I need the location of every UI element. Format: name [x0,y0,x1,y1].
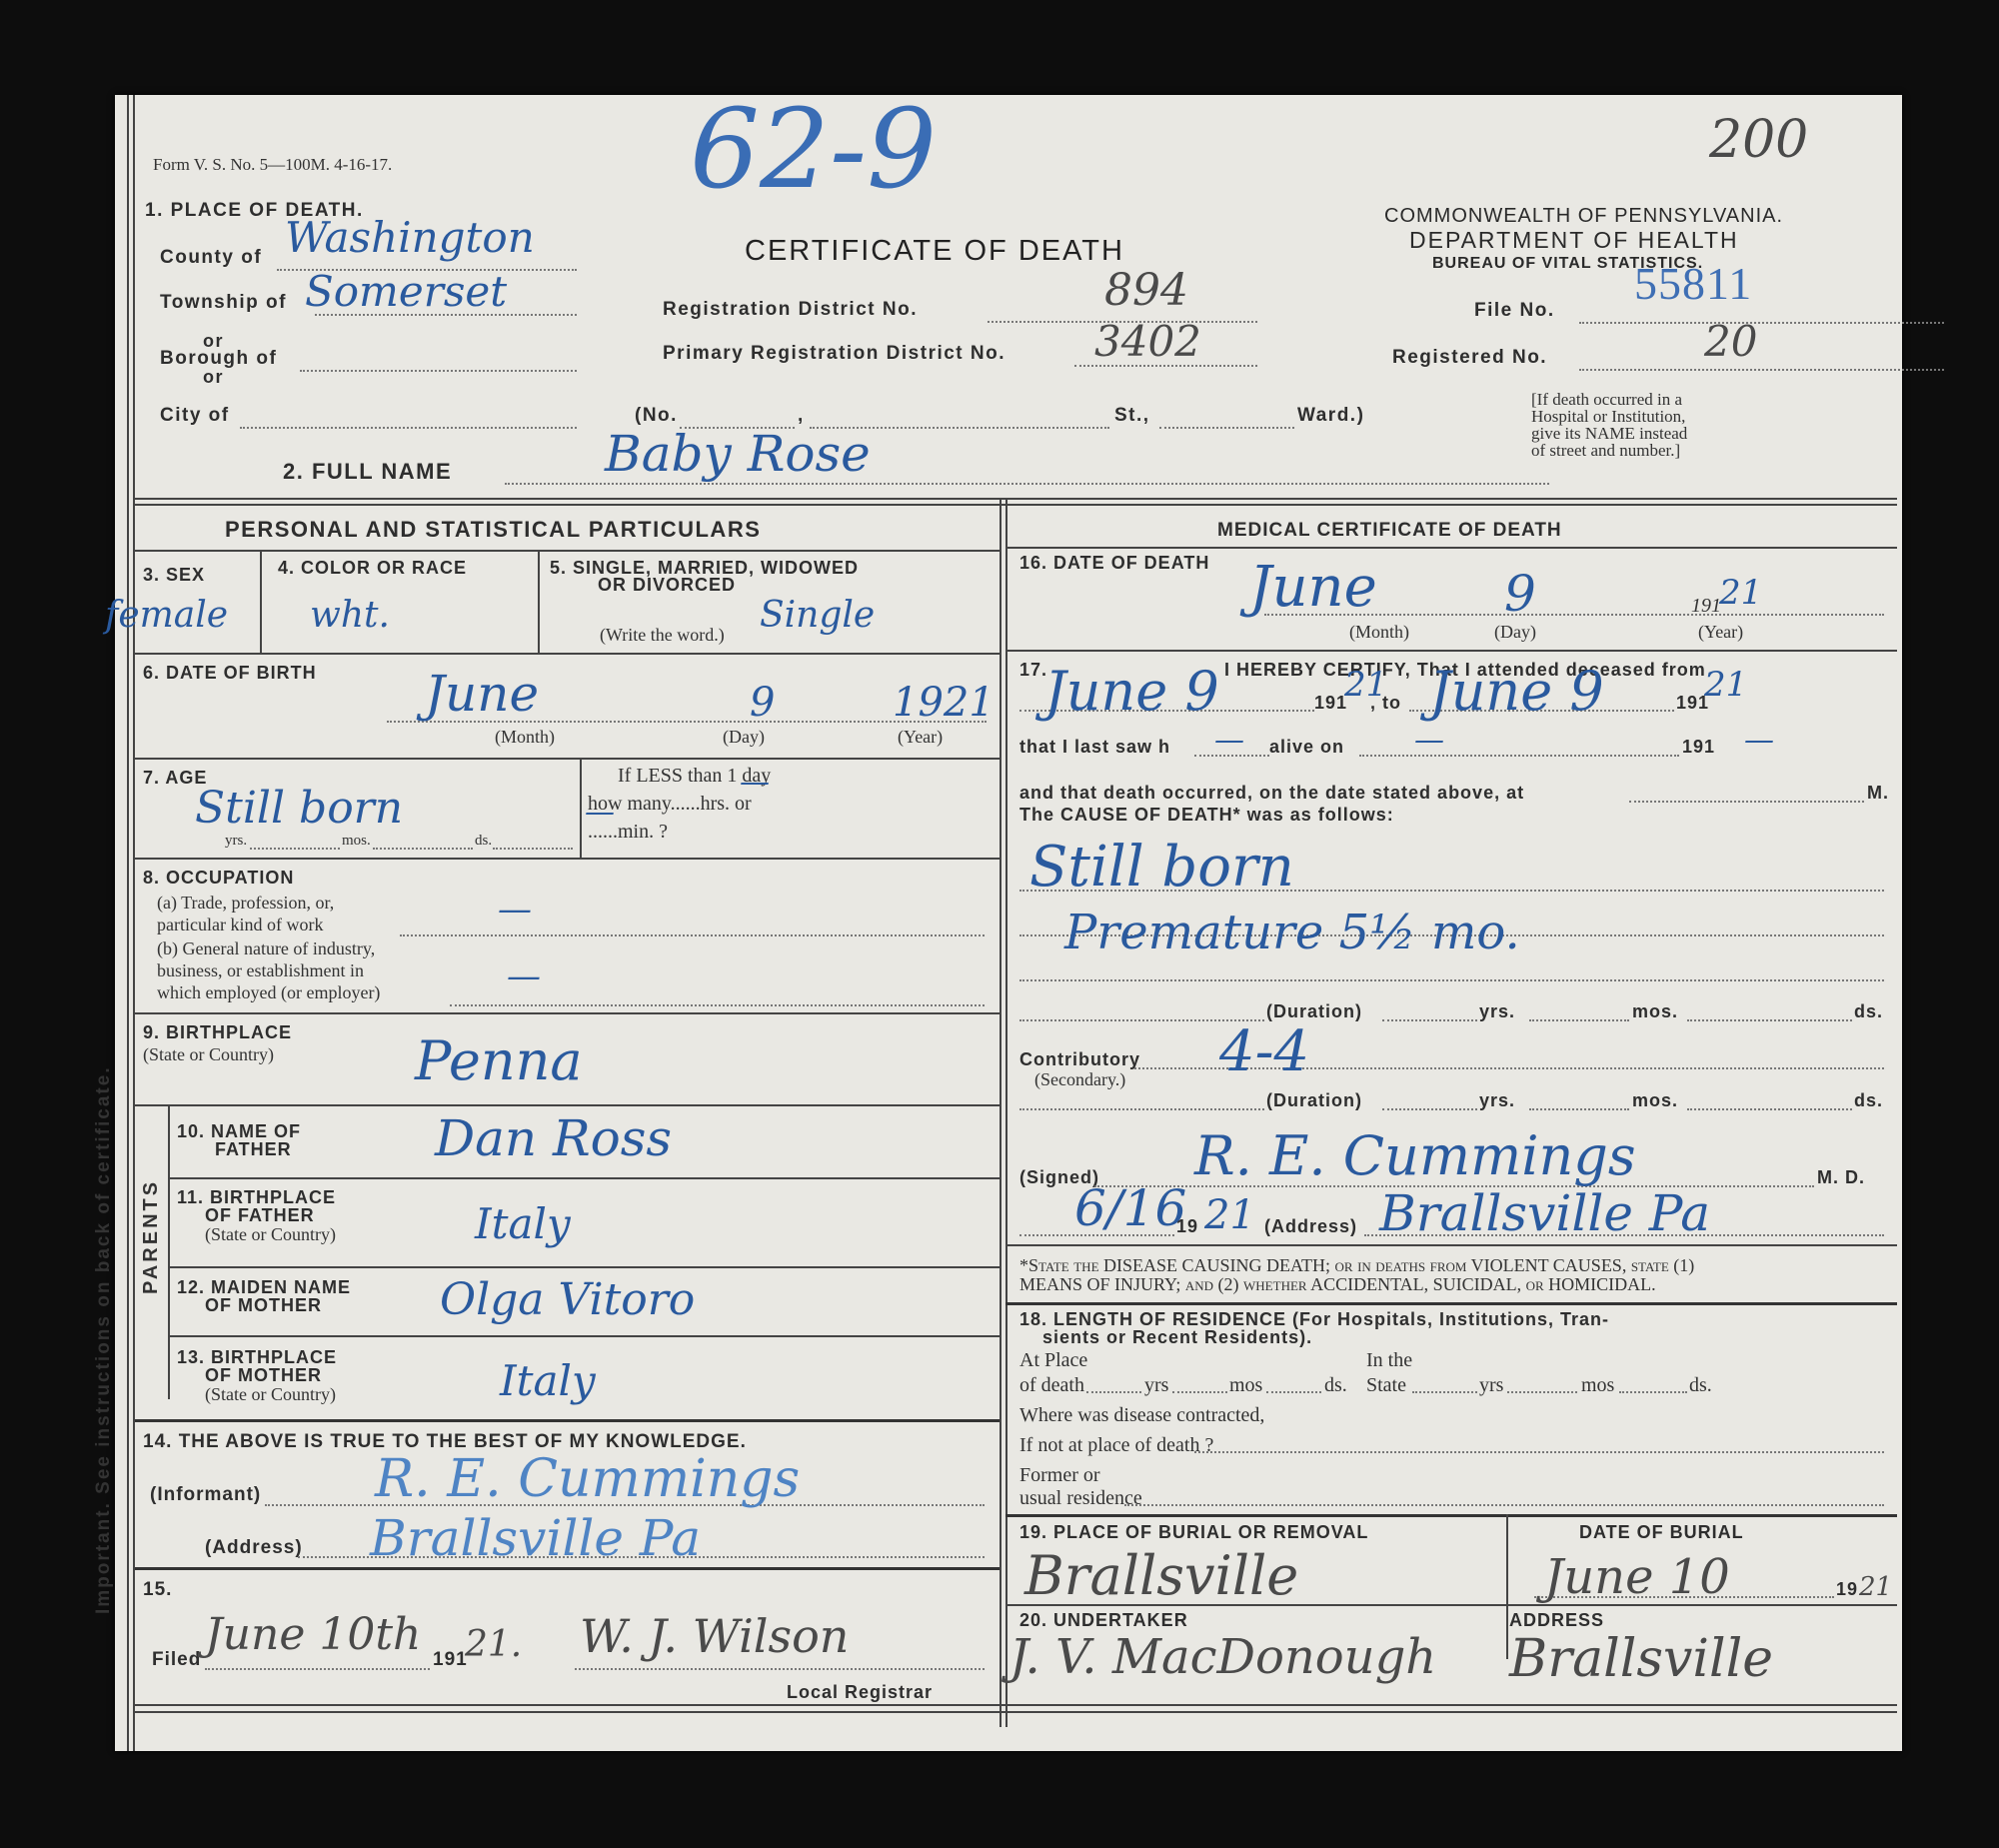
occupation-a-text: (a) Trade, profession, or, particular ki… [157,892,334,935]
md-label: M. D. [1817,1167,1865,1188]
day-caption: (Day) [1494,622,1536,643]
dob-day-value: 9 [750,680,775,726]
date-of-death-label: 16. DATE OF DEATH [1019,553,1209,574]
cell-divider [538,550,540,653]
state-days-line [1619,1391,1687,1393]
in-state-label: In the [1366,1349,1412,1372]
duration-line [1019,1108,1264,1110]
occupation-a-value: — [498,890,532,929]
sex-label: 3. SEX [143,565,205,586]
age-years-line [250,848,340,850]
contributory-value: 4-4 [1219,1019,1309,1084]
dob-month-value: June [425,665,539,723]
occupation-b-line: which employed (or employer) [157,981,380,1003]
death-occurred-text: and that death occurred, on the date sta… [1019,783,1524,804]
filed-label: Filed [152,1649,201,1671]
attended-to-value: June 9 [1429,660,1604,723]
age-months-caption: mos. [342,833,371,850]
less-hours-value: — [740,765,770,800]
contracted-label: Where was disease contracted, [1019,1404,1264,1427]
former-residence-line [1124,1504,1884,1506]
margin-instruction-note: Important. See instructions on back of c… [93,1065,115,1614]
row-divider [135,1567,999,1570]
row-divider [1005,1514,1897,1517]
margin-rule [127,95,129,1751]
registrar-signature: W. J. Wilson [580,1609,849,1663]
full-name-label: 2. FULL NAME [283,459,452,485]
father-name-label: FATHER [215,1139,292,1160]
informant-address-value: Brallsville Pa [370,1509,701,1567]
township-label: Township of [160,292,287,314]
contributory-label: Contributory [1019,1049,1140,1070]
filed-year-value: 21. [465,1624,522,1665]
marital-status-label: OR DIVORCED [598,575,736,596]
cause-line [1019,979,1884,981]
from-year-prefix: 191 [1314,693,1347,714]
hospital-note-line: of street and number.] [1531,442,1687,459]
father-birthplace-label: OF FATHER [205,1205,315,1226]
duration-days-label: ds. [1854,1001,1883,1022]
age-years-caption: yrs. [225,833,247,850]
margin-rule [133,95,135,1751]
race-label: 4. COLOR OR RACE [278,558,467,579]
borough-field-line [300,370,577,372]
mother-birthplace-sub: (State or Country) [205,1384,336,1405]
row-divider [135,1104,999,1106]
age-value: Still born [195,783,403,834]
marital-hint: (Write the word.) [600,625,725,646]
birthplace-label: 9. BIRTHPLACE [143,1022,292,1043]
signed-date-value: 6/16 [1074,1179,1186,1237]
to-year-value: 21 [1704,665,1747,705]
state-days-label: ds. [1689,1374,1712,1397]
occupation-b-value: — [507,956,541,996]
county-value: Washington [285,213,535,262]
date-of-death-month: June [1249,555,1377,620]
duration-months-line [1529,1108,1629,1110]
row-divider [135,1012,999,1014]
cell-divider [1506,1514,1508,1659]
physician-signature: R. E. Cummings [1194,1124,1636,1187]
occupation-b-text: (b) General nature of industry, business… [157,937,380,1003]
cell-divider [260,550,262,653]
primary-district-value: 3402 [1094,317,1201,366]
former-residence-label: usual residence [1019,1487,1142,1510]
filing-number: 15. [143,1579,172,1601]
row-divider [135,550,999,552]
attended-from-value: June 9 [1044,660,1219,723]
primary-district-label: Primary Registration District No. [663,343,1005,365]
cell-divider [580,758,582,858]
informant-value: R. E. Cummings [375,1449,800,1509]
row-divider [1005,1302,1897,1305]
footnote-line: MEANS OF INJURY; and (2) whether ACCIDEN… [1019,1275,1694,1294]
alive-on-label: alive on [1269,737,1344,758]
hospital-note-line: Hospital or Institution, [1531,408,1687,425]
race-value: wht. [310,595,390,636]
row-divider [135,653,999,655]
township-value: Somerset [305,267,507,316]
day-caption: (Day) [723,727,765,748]
duration-years-label: yrs. [1479,1001,1515,1022]
full-name-value: Baby Rose [605,425,871,483]
physician-address-value: Brallsville Pa [1379,1184,1710,1242]
footnote-line: *State the DISEASE CAUSING DEATH; or in … [1019,1256,1694,1275]
last-saw-value: — [1214,723,1244,758]
father-birthplace-sub: (State or Country) [205,1224,336,1245]
registrar-label: Local Registrar [787,1682,933,1703]
state-years-line [1412,1391,1477,1393]
date-of-death-day: 9 [1504,565,1536,623]
burial-place-label: 19. PLACE OF BURIAL OR REMOVAL [1019,1522,1368,1543]
personal-section-title: PERSONAL AND STATISTICAL PARTICULARS [225,517,761,543]
physician-address-label: (Address) [1264,1216,1357,1237]
death-certificate-document: Important. See instructions on back of c… [115,95,1902,1751]
certify-number: 17. [1019,660,1047,681]
filed-year-prefix: 191 [433,1649,468,1671]
year-caption: (Year) [898,727,943,748]
date-of-death-year-value: 21 [1719,573,1762,613]
undertaker-label: 20. UNDERTAKER [1019,1610,1188,1631]
former-residence-label: Former or [1019,1464,1100,1487]
birthplace-sub: (State or Country) [143,1044,274,1065]
residence-days-line [1266,1391,1321,1393]
or-label: or [203,367,224,388]
age-days-line [493,848,573,850]
residence-months-label: mos [1229,1374,1262,1397]
less-minutes-value: — [585,795,615,830]
hospital-note-line: give its NAME instead [1531,425,1687,442]
mother-birthplace-value: Italy [500,1356,596,1405]
to-label: , to [1370,693,1401,714]
duration-months-label: mos. [1632,1001,1678,1022]
marital-status-value: Single [760,595,875,636]
occupation-b-line: business, or establishment in [157,959,380,981]
burial-date-value: June 10 [1544,1549,1730,1605]
bottom-rule [135,1711,1897,1713]
state-months-line [1507,1391,1577,1393]
alive-on-value: — [1414,723,1444,758]
burial-year-prefix: 19 [1836,1579,1858,1600]
row-divider [1005,1604,1897,1606]
burial-year-value: 21 [1859,1572,1892,1602]
occupation-label: 8. OCCUPATION [143,868,294,889]
section-divider [135,498,1897,500]
state-months-label: mos [1581,1374,1614,1397]
duration-years-label: yrs. [1479,1090,1515,1111]
row-divider [135,858,999,860]
date-of-birth-label: 6. DATE OF BIRTH [143,663,317,684]
residence-label: sients or Recent Residents). [1042,1327,1312,1348]
mother-maiden-name-label: OF MOTHER [205,1295,322,1316]
mother-birthplace-label: OF MOTHER [205,1365,322,1386]
residence-days-label: ds. [1324,1374,1347,1397]
occupation-b-line [450,1004,985,1006]
registered-number-value: 20 [1704,317,1757,366]
cause-of-death-intro: The CAUSE OF DEATH* was as follows: [1019,805,1394,826]
duration-years-line [1382,1108,1477,1110]
bottom-rule [135,1704,1897,1706]
cause-of-death-primary: Still born [1029,835,1294,900]
duration-days-line [1687,1108,1852,1110]
last-saw-label: that I last saw h [1019,737,1170,758]
ward-label: Ward.) [1297,405,1364,427]
duration-months-line [1529,1019,1629,1021]
row-divider [1005,1244,1897,1246]
column-divider [1005,498,1007,1727]
parents-label: PARENTS [140,1179,163,1294]
row-divider [1005,547,1897,549]
city-field-line [240,427,577,429]
alive-year-prefix: 191 [1682,737,1715,758]
occupation-a-line: particular kind of work [157,914,334,935]
row-divider [1005,650,1897,652]
cause-footnote: *State the DISEASE CAUSING DEATH; or in … [1019,1256,1694,1294]
mother-maiden-name-value: Olga Vitoro [440,1274,695,1325]
registrar-line [575,1668,985,1670]
row-divider [168,1266,999,1268]
parents-divider [168,1104,170,1399]
year-caption: (Year) [1698,622,1743,643]
column-divider [999,498,1001,1727]
registration-district-label: Registration District No. [663,299,918,321]
secondary-label: (Secondary.) [1034,1069,1125,1090]
pencil-annotation: 200 [1709,110,1808,170]
commonwealth-header: COMMONWEALTH OF PENNSYLVANIA. [1384,205,1783,228]
at-place-label: At Place [1019,1349,1087,1372]
registered-number-label: Registered No. [1392,347,1547,369]
death-time-line [1629,801,1864,803]
file-number-line [1579,322,1944,324]
burial-place-value: Brallsville [1024,1544,1298,1607]
file-number-stamp: 55811 [1634,257,1752,310]
birthplace-value: Penna [415,1029,583,1092]
row-divider [168,1177,999,1179]
signed-year-value: 21 [1204,1192,1255,1238]
signed-year-prefix: 19 [1176,1216,1198,1237]
date-of-death-year-prefix: 191 [1691,595,1721,618]
certificate-title: CERTIFICATE OF DEATH [745,235,1124,268]
city-label: City of [160,405,230,427]
duration-days-label: ds. [1854,1090,1883,1111]
street-number-prefix: (No. [635,405,678,427]
month-caption: (Month) [1349,622,1409,643]
alive-year-value: — [1744,723,1774,758]
state-years-label: yrs [1479,1374,1503,1397]
occupation-a-line: (a) Trade, profession, or, [157,892,334,914]
father-birthplace-value: Italy [475,1199,571,1248]
row-divider [135,758,999,760]
undertaker-address-value: Brallsville [1509,1629,1773,1689]
alive-on-line [1359,755,1679,757]
duration-label: (Duration) [1266,1090,1362,1111]
handwritten-reference-number: 62-9 [690,85,937,213]
month-caption: (Month) [495,727,555,748]
registration-district-value: 894 [1104,265,1188,316]
contracted-line [1194,1451,1884,1453]
dob-year-value: 1921 [893,680,995,726]
department-header: DEPARTMENT OF HEALTH [1409,227,1739,254]
age-days-caption: ds. [475,833,492,850]
undertaker-value: J. V. MacDonough [1009,1629,1436,1685]
sex-value: female [105,595,228,636]
occupation-a-line [400,934,985,936]
street-label: St., [1114,405,1150,427]
age-months-line [373,848,473,850]
hospital-note: [If death occurred in a Hospital or Inst… [1531,391,1687,459]
section-divider [135,504,1897,506]
informant-label: (Informant) [150,1484,261,1506]
occupation-b-line: (b) General nature of industry, [157,937,380,959]
duration-years-line [1382,1019,1477,1021]
undertaker-address-label: ADDRESS [1509,1610,1604,1631]
residence-months-line [1172,1391,1227,1393]
form-number: Form V. S. No. 5—100M. 4-16-17. [153,155,392,175]
residence-years-label: yrs [1144,1374,1168,1397]
row-divider [135,1419,999,1422]
cause-of-death-detail: Premature 5½ mo. [1064,905,1520,960]
county-label: County of [160,247,262,269]
filed-date-value: June 10th [205,1609,421,1660]
file-number-label: File No. [1474,300,1555,322]
informant-address-label: (Address) [205,1537,303,1559]
at-place-label: of death [1019,1374,1084,1397]
ward-line [1159,427,1294,429]
in-state-label: State [1366,1374,1406,1397]
registered-number-line [1579,369,1944,371]
father-name-value: Dan Ross [435,1109,672,1167]
burial-date-label: DATE OF BURIAL [1579,1522,1744,1543]
residence-years-line [1086,1391,1141,1393]
street-comma: , [798,405,805,427]
death-time-suffix: M. [1867,783,1889,804]
duration-months-label: mos. [1632,1090,1678,1111]
contracted-label: If not at place of death ? [1019,1434,1213,1457]
duration-days-line [1687,1019,1852,1021]
medical-section-title: MEDICAL CERTIFICATE OF DEATH [1217,520,1562,542]
filed-date-line [205,1668,430,1670]
hospital-note-line: [If death occurred in a [1531,391,1687,408]
row-divider [168,1335,999,1337]
full-name-line [505,483,1549,485]
